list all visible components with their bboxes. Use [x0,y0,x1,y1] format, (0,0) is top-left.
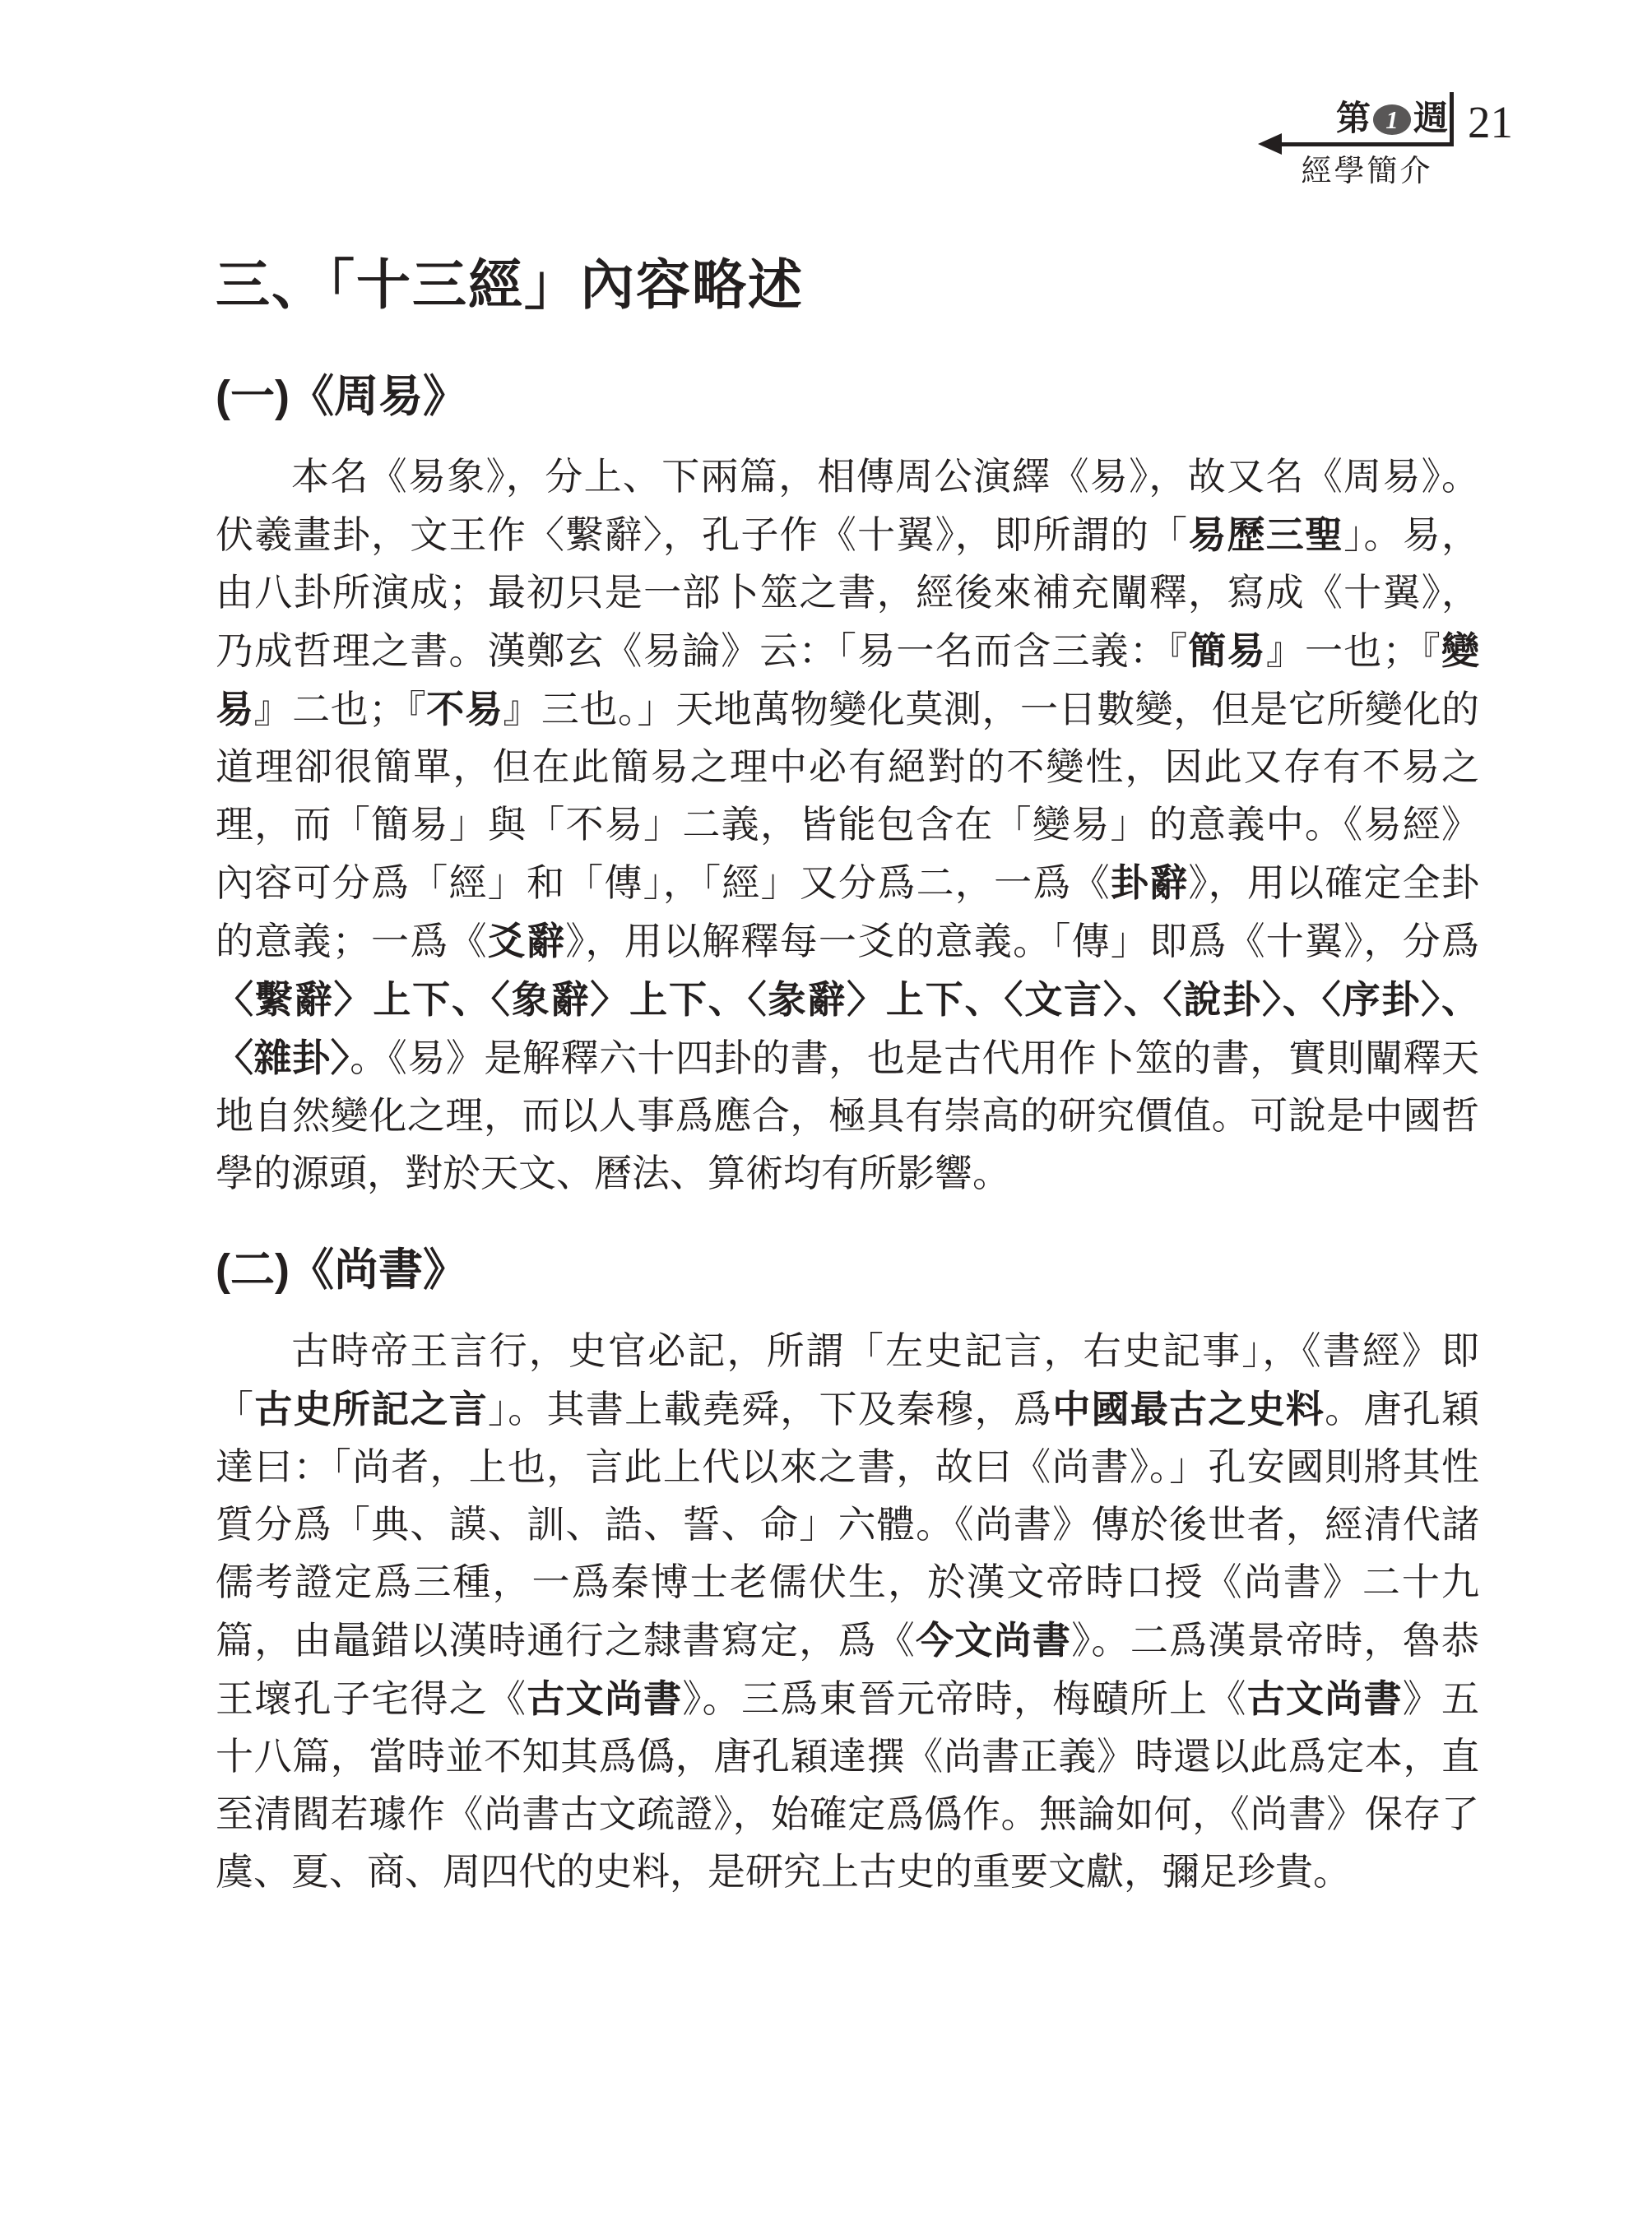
emphasis-text: 古文尚書 [1247,1677,1403,1720]
body-text: 』二也；『 [254,689,427,730]
emphasis-text: 簡易 [1188,629,1266,672]
body-text: 』一也；『 [1266,630,1441,672]
body-text: 」。其書上載堯舜，下及秦穆，爲 [488,1389,1052,1430]
body-text: 》。三爲東晉元帝時，梅賾所上《 [682,1678,1246,1720]
paragraph-shangshu: 古時帝王言行，史官必記，所謂「左史記言，右史記事」，《書經》即「古史所記之言」。… [216,1323,1479,1901]
emphasis-text: 古史所記之言 [254,1388,488,1430]
body-text: 。《易》是解釋六十四卦的書，也是古代用作卜筮的書，實則闡釋天地自然變化之理，而以… [216,1037,1479,1194]
paragraph-zhouyi: 本名《易象》，分上、下兩篇，相傳周公演繹《易》，故又名《周易》。伏羲畫卦，文王作… [216,448,1479,1203]
section-heading-zhouyi: (一)《周易》 [216,370,1479,424]
body-text: 》，用以解釋每一爻的意義。「傳」即爲《十翼》，分爲 [565,920,1479,962]
page-title: 三、「十三經」內容略述 [216,255,1479,318]
section-heading-shangshu: (二)《尚書》 [216,1244,1479,1297]
emphasis-text: 中國最古之史料 [1052,1388,1325,1430]
emphasis-text: 今文尚書 [916,1619,1071,1662]
emphasis-text: 不易 [426,688,503,730]
emphasis-text: 卦辭 [1111,861,1189,904]
emphasis-text: 古文尚書 [527,1677,682,1720]
page-content: 三、「十三經」內容略述 (一)《周易》 本名《易象》，分上、下兩篇，相傳周公演繹… [216,0,1479,1901]
emphasis-text: 易歷三聖 [1188,513,1343,556]
emphasis-text: 爻辭 [488,920,566,962]
